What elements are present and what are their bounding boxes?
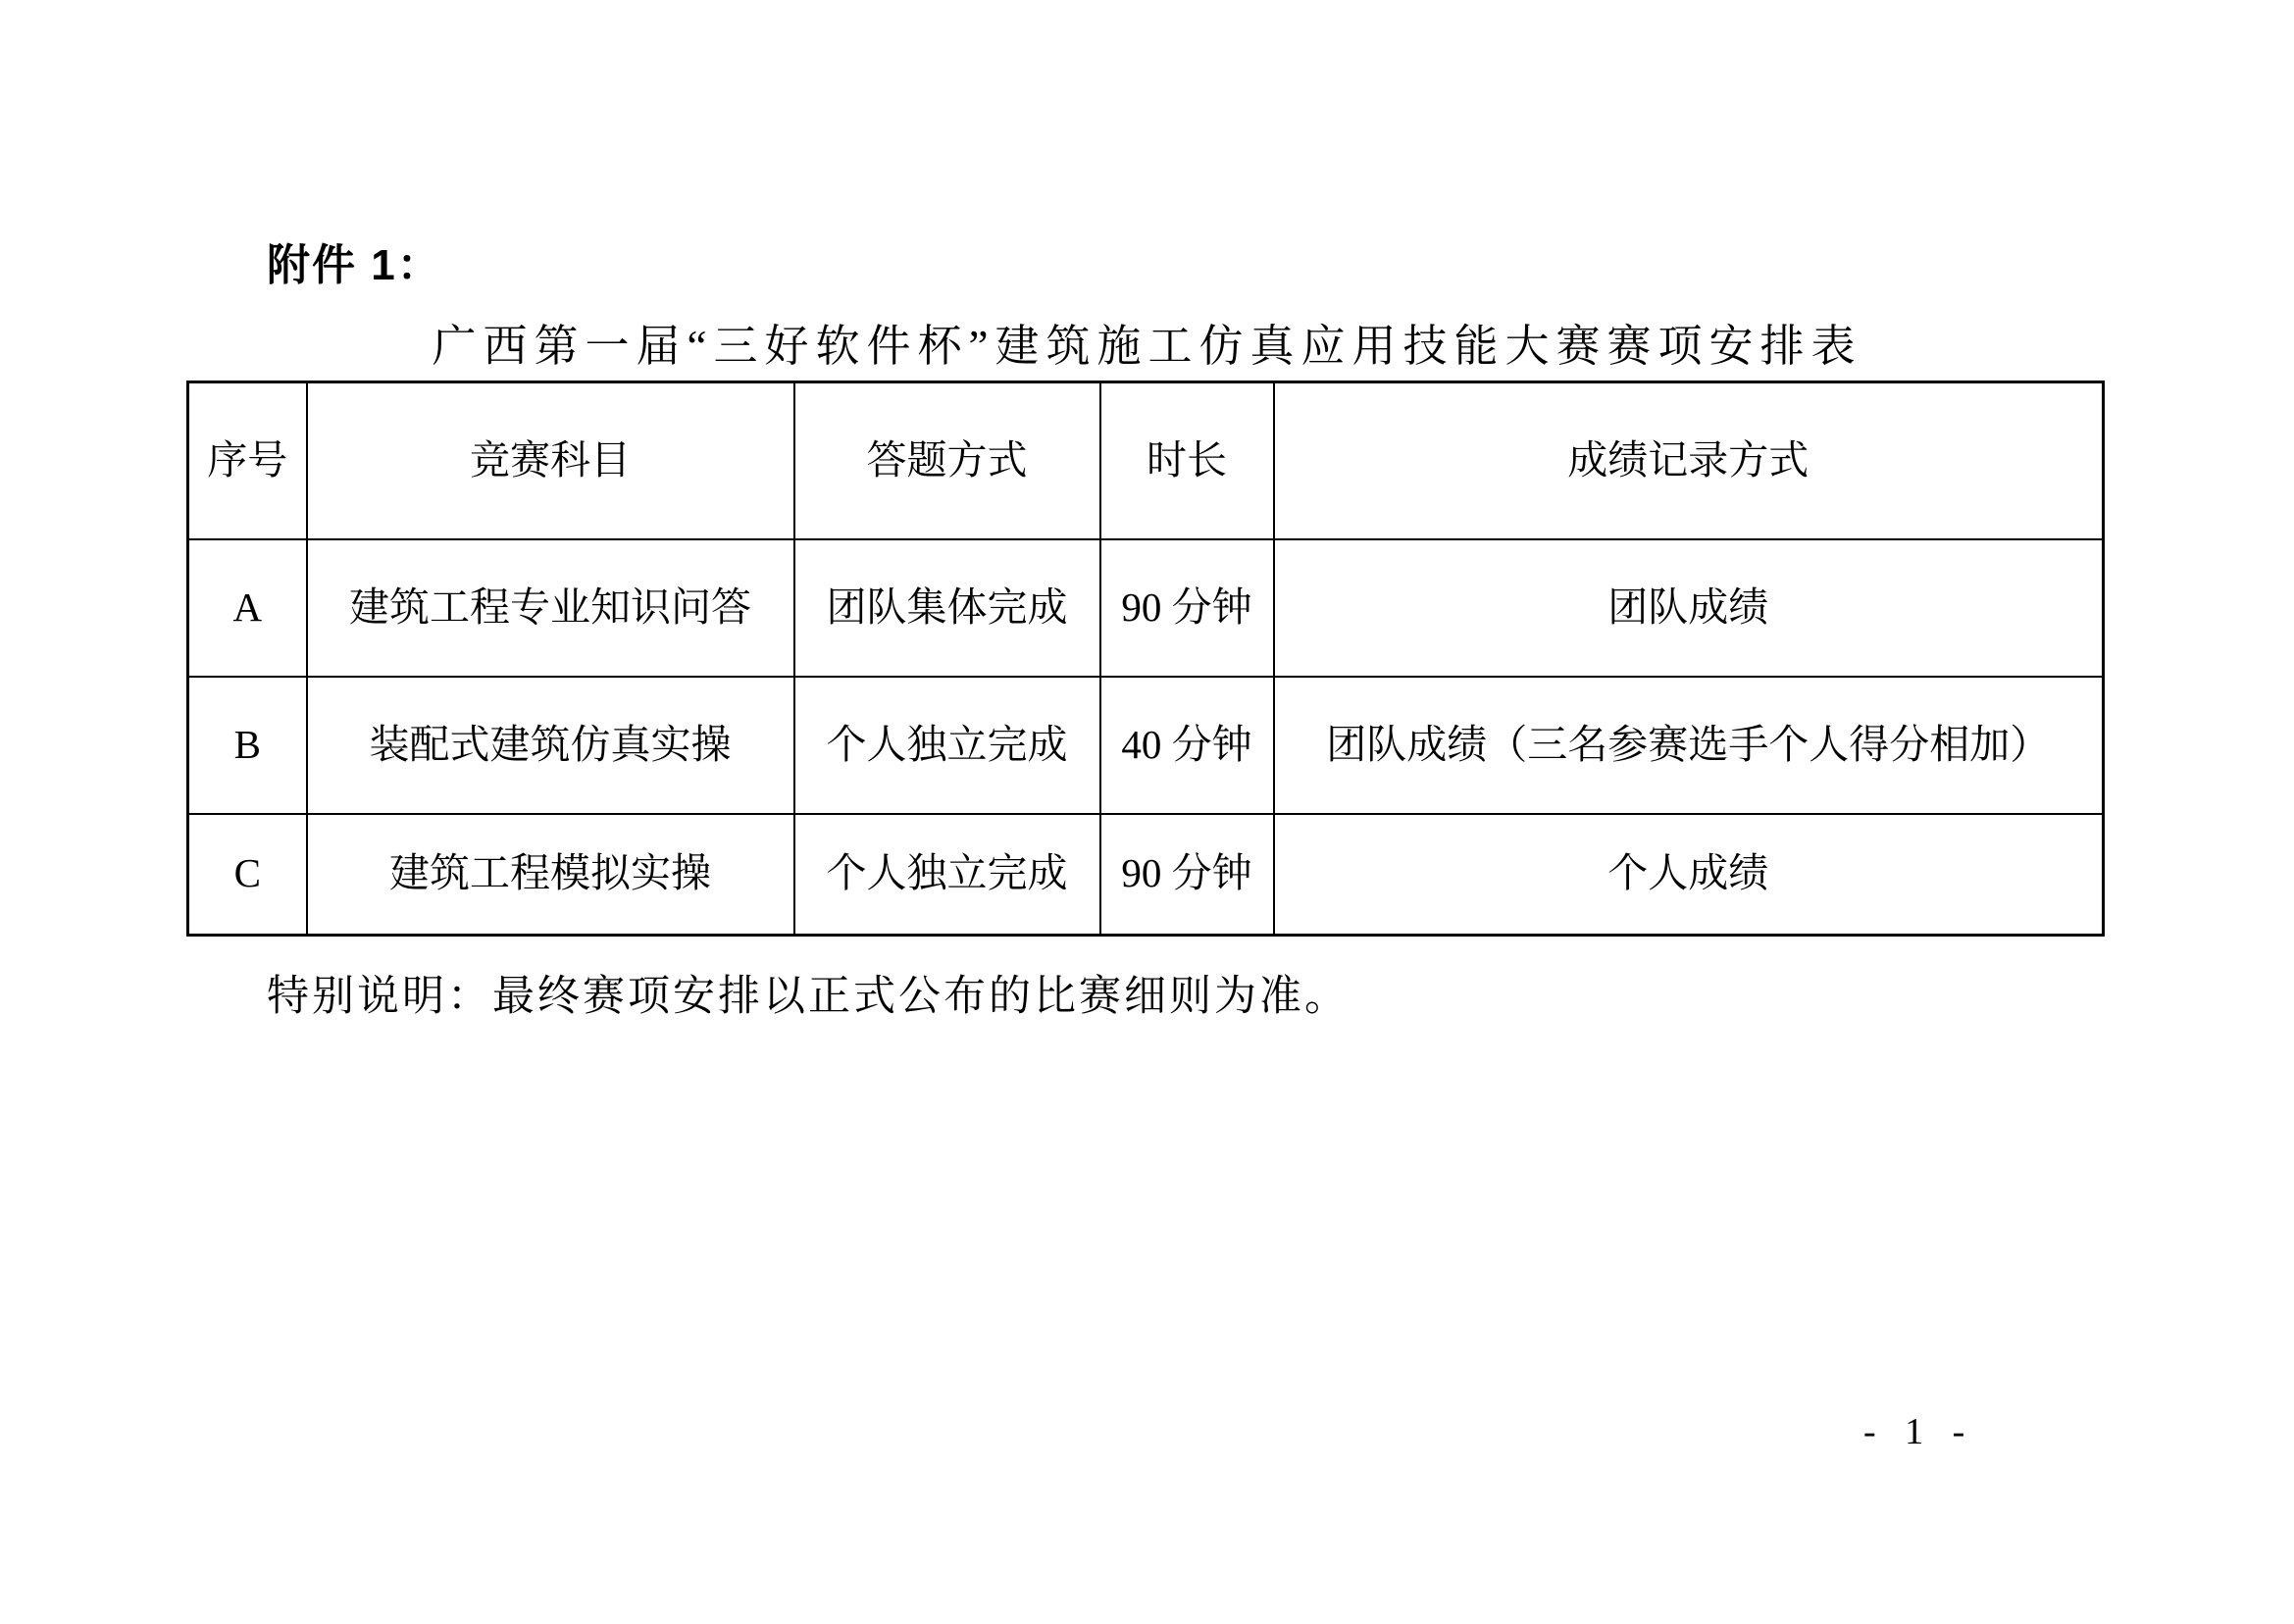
schedule-table: 序号 竞赛科目 答题方式 时长 成绩记录方式 A 建筑工程专业知识问答 团队集体… <box>186 381 2105 937</box>
attachment-label: 附件 1： <box>267 229 442 292</box>
table-row: B 装配式建筑仿真实操 个人独立完成 40 分钟 团队成绩（三名参赛选手个人得分… <box>188 677 2104 814</box>
cell-duration: 40 分钟 <box>1100 677 1274 814</box>
cell-no: C <box>188 814 307 936</box>
col-header-duration: 时长 <box>1100 382 1274 539</box>
special-note: 特别说明：最终赛项安排以正式公布的比赛细则为准。 <box>267 963 1350 1023</box>
cell-method: 团队集体完成 <box>794 539 1100 677</box>
cell-scoring: 个人成绩 <box>1274 814 2104 936</box>
table-header-row: 序号 竞赛科目 答题方式 时长 成绩记录方式 <box>188 382 2104 539</box>
cell-no: A <box>188 539 307 677</box>
cell-subject: 建筑工程专业知识问答 <box>307 539 794 677</box>
col-header-subject: 竞赛科目 <box>307 382 794 539</box>
page-number: - 1 - <box>1863 1410 1974 1453</box>
table-row: A 建筑工程专业知识问答 团队集体完成 90 分钟 团队成绩 <box>188 539 2104 677</box>
col-header-no: 序号 <box>188 382 307 539</box>
cell-subject: 建筑工程模拟实操 <box>307 814 794 936</box>
cell-method: 个人独立完成 <box>794 814 1100 936</box>
page-title: 广西第一届“三好软件杯”建筑施工仿真应用技能大赛赛项安排表 <box>0 310 2294 374</box>
cell-scoring: 团队成绩 <box>1274 539 2104 677</box>
cell-subject: 装配式建筑仿真实操 <box>307 677 794 814</box>
col-header-method: 答题方式 <box>794 382 1100 539</box>
table-row: C 建筑工程模拟实操 个人独立完成 90 分钟 个人成绩 <box>188 814 2104 936</box>
cell-no: B <box>188 677 307 814</box>
cell-method: 个人独立完成 <box>794 677 1100 814</box>
col-header-scoring: 成绩记录方式 <box>1274 382 2104 539</box>
cell-scoring: 团队成绩（三名参赛选手个人得分相加） <box>1274 677 2104 814</box>
cell-duration: 90 分钟 <box>1100 539 1274 677</box>
cell-duration: 90 分钟 <box>1100 814 1274 936</box>
